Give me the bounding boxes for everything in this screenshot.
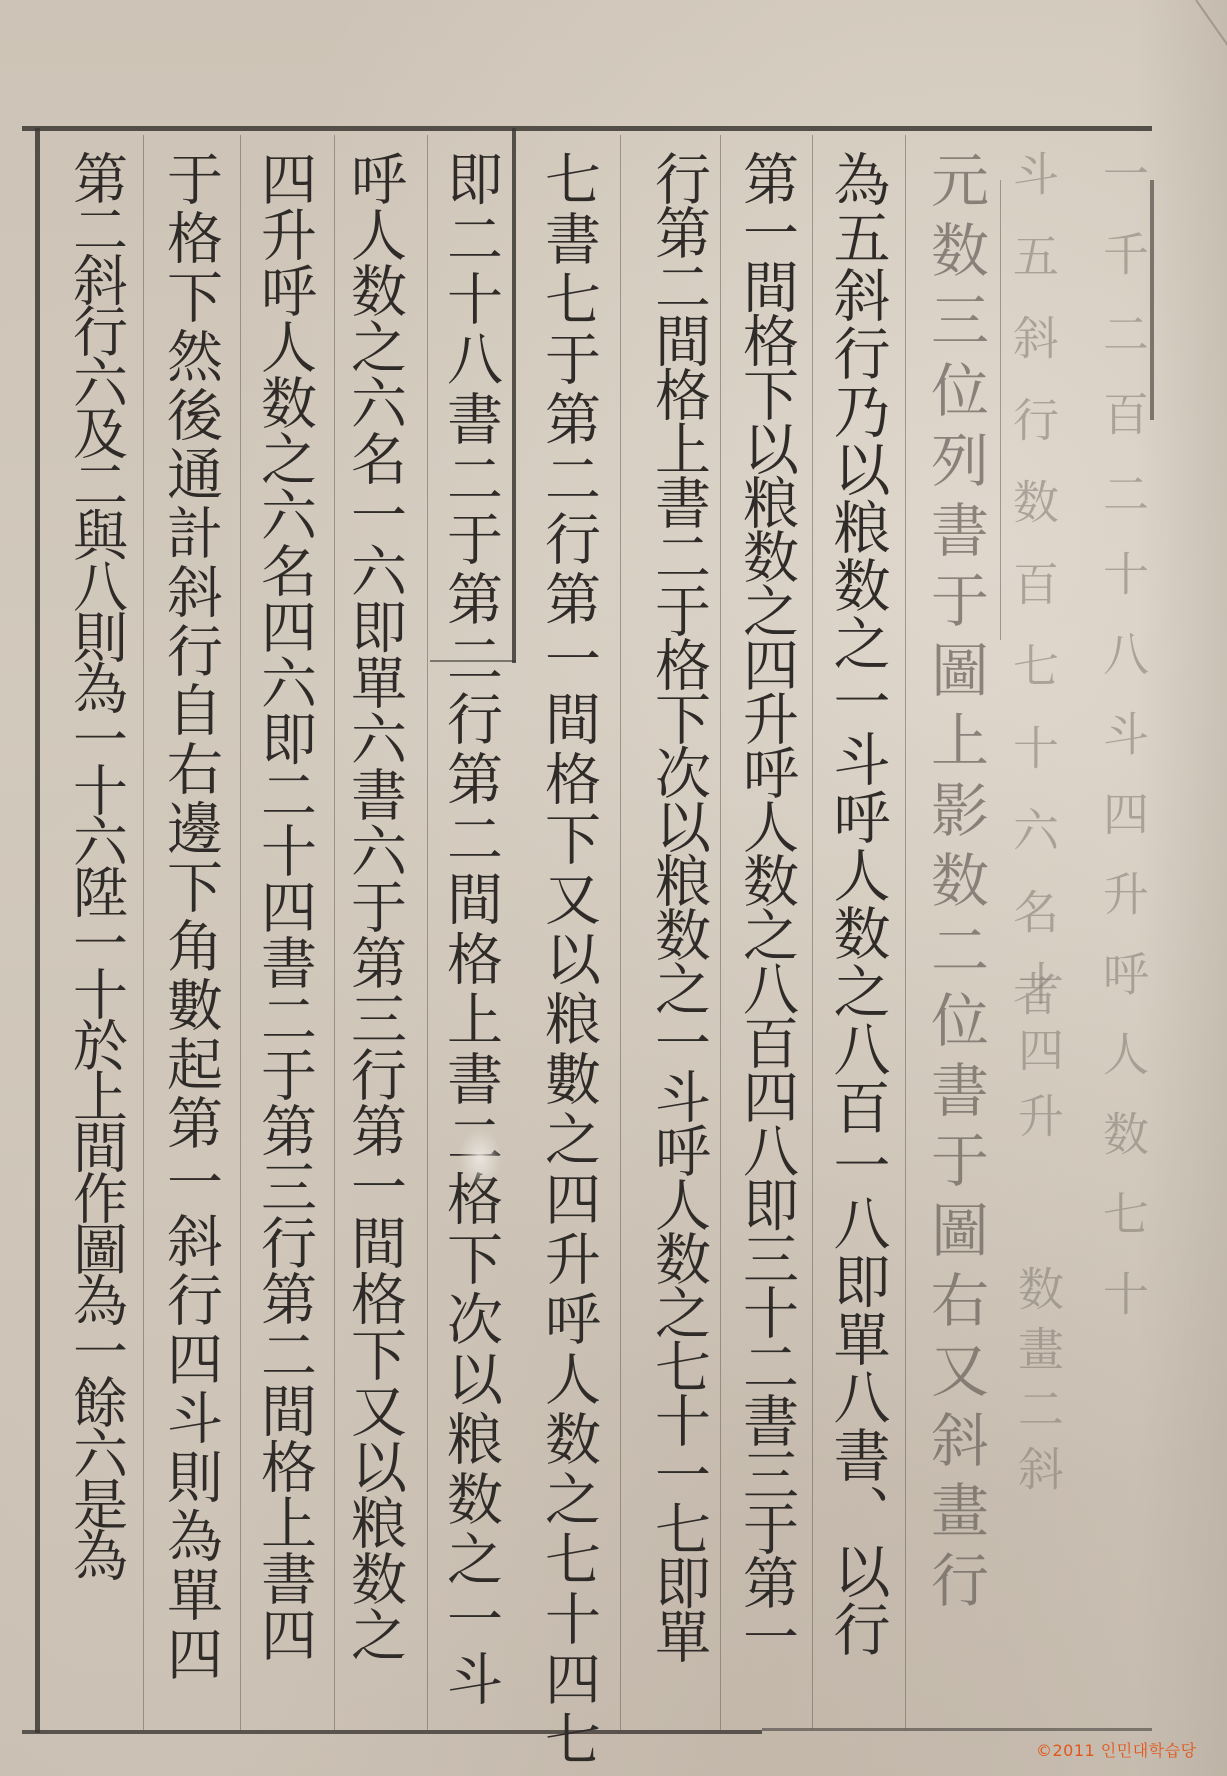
frame-bottom-border-faint xyxy=(762,1728,1152,1731)
column-separator xyxy=(1000,180,1001,640)
scanned-page: 一千二百二十八斗四升呼人数七十 斗五斜行数百七十六名者 十四升 数畫二斜 元数三… xyxy=(0,0,1227,1776)
text-column-margin: 数畫二斜 xyxy=(1015,1265,1061,1505)
copyright-watermark: ©2011 인민대학습당 xyxy=(1036,1738,1197,1761)
column-separator xyxy=(240,135,241,1730)
frame-top-border xyxy=(22,126,1152,131)
text-column: 元数三位列書于圖上影数二位書于圖右又斜畫行 xyxy=(926,150,984,1620)
frame-center-divider xyxy=(512,128,516,663)
text-column: 呼人数之六名一六即單六書六于第三行第一間格下又以粮数之 xyxy=(346,150,402,1662)
text-column-margin: 一千二百二十八斗四升呼人数七十 xyxy=(1100,150,1146,1350)
frame-bottom-border xyxy=(22,1730,762,1734)
frame-right-border-fragment xyxy=(1150,180,1154,420)
column-separator xyxy=(812,135,813,1730)
text-column: 七書七于第二行第一間格下又以粮數之四升呼人数之七十四七 xyxy=(540,150,596,1770)
paper-damage-spot xyxy=(458,1128,502,1188)
column-separator xyxy=(620,135,621,1730)
text-column: 第二斜行六及二與八則為一十六陞一十於上間作圖為一餘六是為 xyxy=(68,150,123,1578)
column-separator xyxy=(720,135,721,1730)
frame-left-border xyxy=(35,128,40,1733)
text-column: 為五斜行乃以粮数之一斗呼人数之八百一八即單八書、以行 xyxy=(828,150,885,1658)
text-column-margin: 十四升 xyxy=(1015,960,1061,1158)
column-separator xyxy=(427,135,428,1730)
text-column: 第一間格下以粮数之四升呼人数之八百四八即三十二書三于第一 xyxy=(738,150,794,1662)
text-column-margin: 斗五斜行数百七十六名者 xyxy=(1010,150,1056,1052)
text-column: 四升呼人数之六名四六即二十四書二于第三行第二間格上書四 xyxy=(256,150,312,1662)
column-separator xyxy=(334,135,335,1730)
column-separator xyxy=(905,135,906,1730)
text-column: 即二十八書二于第二行第二間格上書二格下次以粮数之一斗 xyxy=(442,150,498,1710)
column-separator xyxy=(143,135,144,1730)
text-column: 于格下然後通計斜行自右邊下角數起第一斜行四斗則為單四 xyxy=(162,150,218,1684)
text-column: 行第二間格上書二于格下次以粮数之一斗呼人数之七十一七即單 xyxy=(650,150,706,1662)
